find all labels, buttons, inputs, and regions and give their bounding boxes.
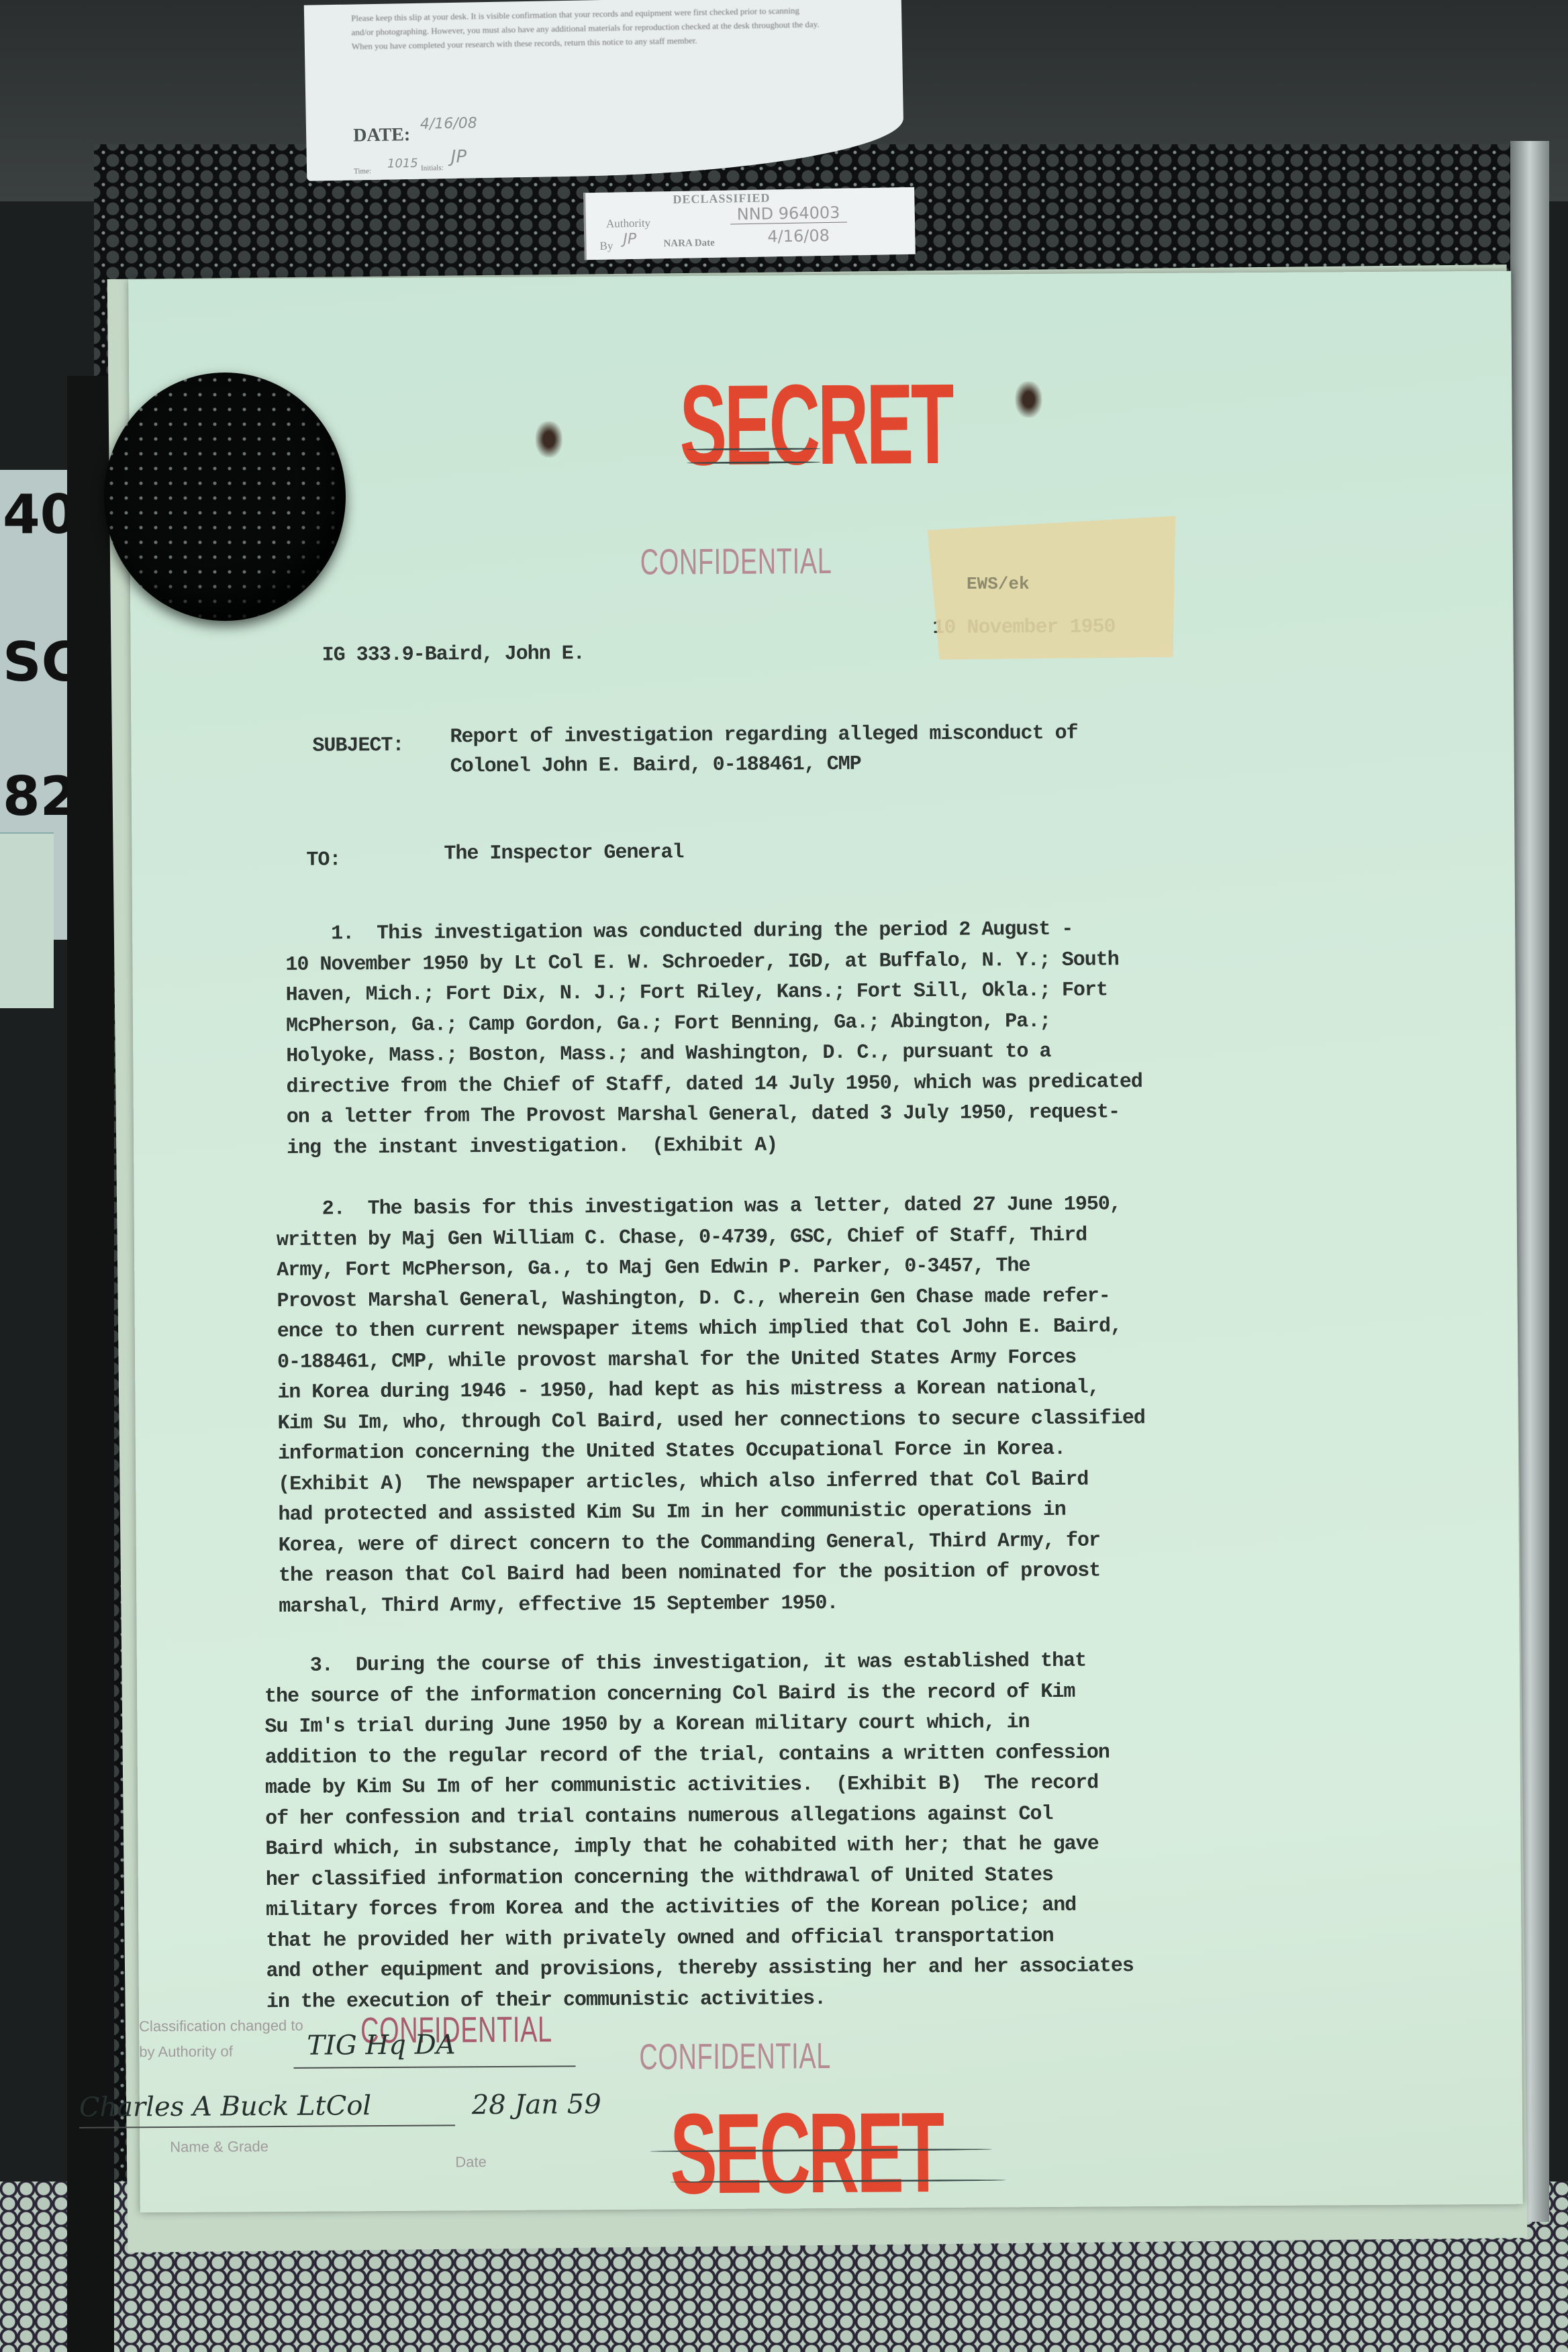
confidential-stamp-top: CONFIDENTIAL — [640, 540, 832, 583]
binder-rail — [67, 376, 114, 2352]
tape-patch — [927, 516, 1180, 666]
signature-date: 28 Jan 59 — [472, 2089, 601, 2120]
authority-handwritten: TIG Hq DA — [307, 2029, 456, 2061]
slip-date-value: 4/16/08 — [420, 115, 477, 132]
declassified-label: DECLASSIFIED Authority NND 964003 By JP … — [583, 187, 916, 260]
paragraph-1: 1. This investigation was conducted duri… — [285, 912, 1508, 1164]
punch-hole — [1015, 381, 1042, 418]
slip-initials-label: Initials: — [421, 164, 444, 173]
signature: Charles A Buck LtCol — [79, 2090, 372, 2123]
memo-page: SECRET CONFIDENTIAL 10 November 1950 IG … — [128, 271, 1523, 2213]
authority-rule — [293, 2065, 575, 2069]
name-grade-label: Name & Grade — [170, 2138, 268, 2156]
date-label: Date — [455, 2153, 487, 2171]
slip-time-label: Time: — [354, 167, 371, 175]
file-reference: IG 333.9-Baird, John E. — [322, 642, 585, 667]
slip-initials-value: JP — [451, 147, 467, 167]
by-value: JP — [623, 231, 636, 248]
paragraph-2: 2. The basis for this investigation was … — [277, 1187, 1501, 1622]
nara-date-value: 4/16/08 — [767, 226, 830, 246]
by-authority-label: by Authority of — [139, 2043, 233, 2061]
slip-body-text: Please keep this slip at your desk. It i… — [351, 3, 822, 53]
subject-line-2: Colonel John E. Baird, 0-188461, CMP — [450, 753, 861, 779]
by-label: By — [599, 240, 613, 253]
background-form-card — [0, 832, 54, 1008]
nara-date-label: NARA Date — [663, 238, 715, 250]
classification-changed-label: Classification changed to — [139, 2017, 303, 2035]
paragraph-3: 3. During the course of this investigati… — [264, 1644, 1502, 2018]
to-value: The Inspector General — [444, 841, 683, 865]
binder-clip-knob — [104, 373, 346, 621]
reading-room-slip: Please keep this slip at your desk. It i… — [304, 0, 904, 181]
subject-line-1: Report of investigation regarding allege… — [450, 722, 1077, 749]
card-handwriting-3: 82 — [3, 765, 77, 828]
authority-value: NND 964003 — [730, 203, 847, 224]
confidential-stamp-bottom: CONFIDENTIAL — [639, 2035, 831, 2078]
punch-hole — [536, 421, 562, 457]
to-label: TO: — [306, 848, 340, 871]
authority-label: Authority — [606, 217, 650, 231]
secret-stamp-bottom: SECRET — [670, 2087, 942, 2220]
subject-label: SUBJECT: — [312, 734, 403, 758]
slip-date-label: DATE: — [353, 124, 411, 146]
slip-time-value: 1015 — [387, 156, 418, 171]
secret-stamp-top: SECRET — [679, 358, 952, 491]
typist-initials: EWS/ek — [967, 574, 1030, 594]
